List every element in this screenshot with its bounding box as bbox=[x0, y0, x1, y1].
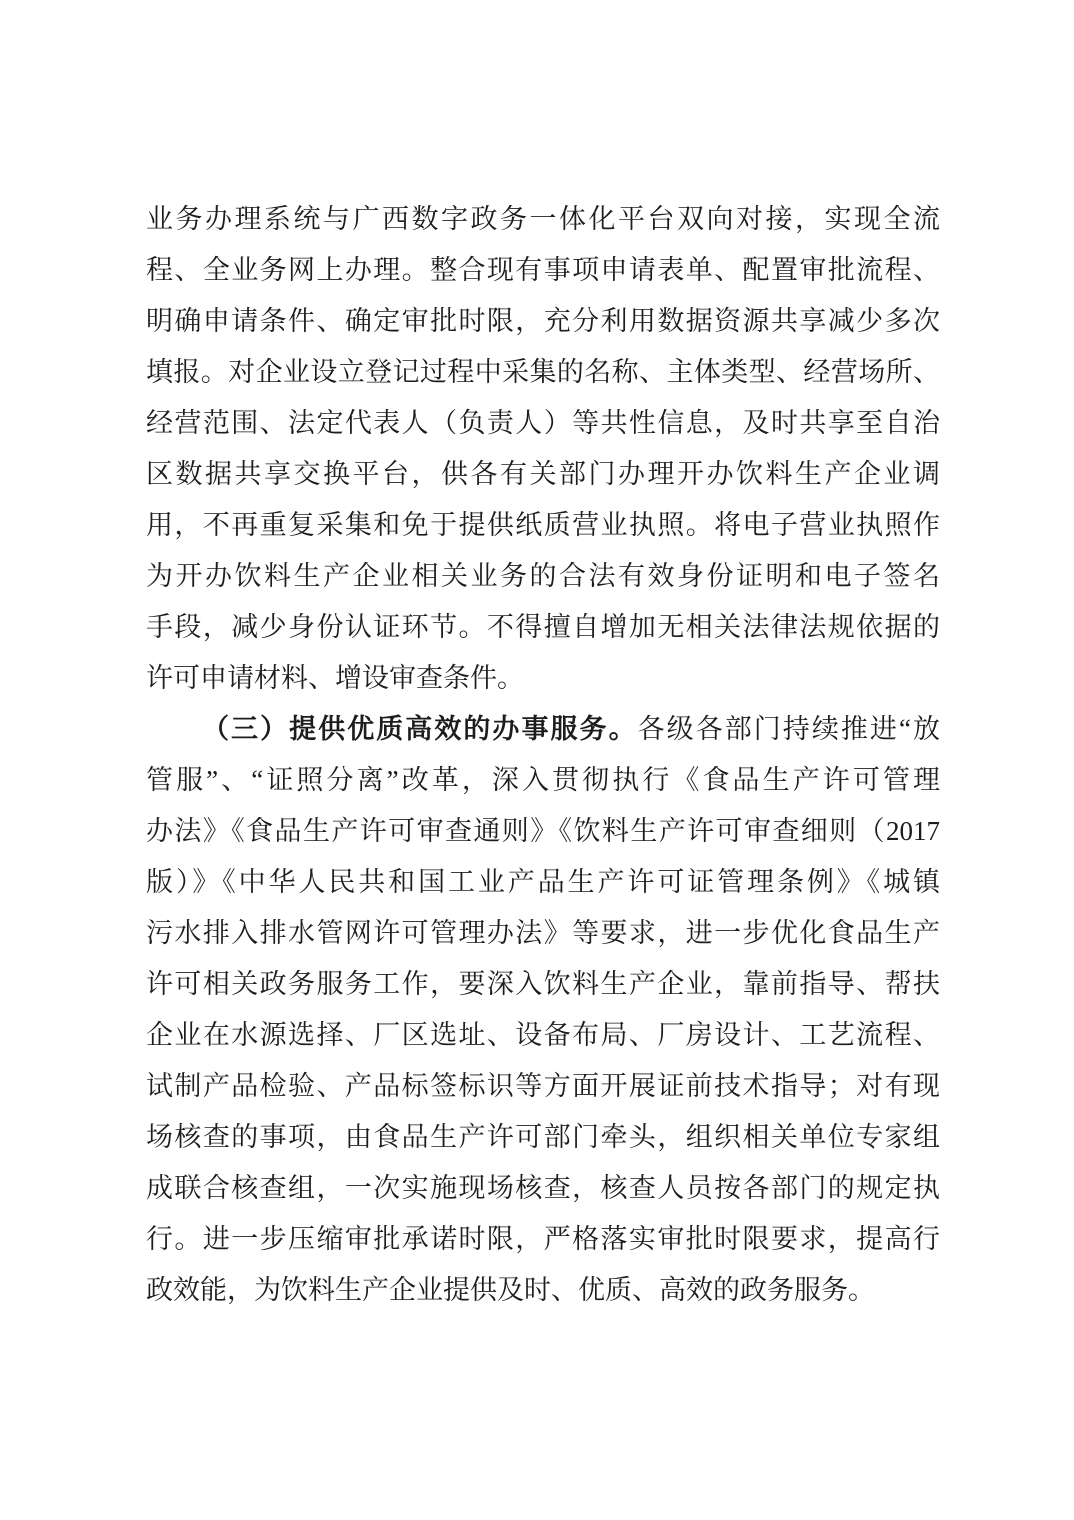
text-line: 为开办饮料生产企业相关业务的合法有效身份证明和电子签名 bbox=[146, 551, 940, 602]
line-text: 成联合核查组，一次实施现场核查，核查人员按各部门的规定执 bbox=[146, 1173, 940, 1203]
text-line: 填报。对企业设立登记过程中采集的名称、主体类型、经营场所、 bbox=[146, 347, 940, 398]
text-line: 成联合核查组，一次实施现场核查，核查人员按各部门的规定执 bbox=[146, 1163, 940, 1214]
line-text: 区数据共享交换平台，供各有关部门办理开办饮料生产企业调 bbox=[146, 459, 940, 489]
text-line: 业务办理系统与广西数字政务一体化平台双向对接，实现全流 bbox=[146, 194, 940, 245]
line-text: 许可申请材料、增设审查条件。 bbox=[146, 663, 524, 693]
text-line: 企业在水源选择、厂区选址、设备布局、厂房设计、工艺流程、 bbox=[146, 1010, 940, 1061]
line-text: 各级各部门持续推进“放 bbox=[638, 714, 940, 744]
text-line: （三）提供优质高效的办事服务。各级各部门持续推进“放 bbox=[146, 704, 940, 755]
text-line: 许可相关政务服务工作，要深入饮料生产企业，靠前指导、帮扶 bbox=[146, 959, 940, 1010]
text-line: 经营范围、法定代表人（负责人）等共性信息，及时共享至自治 bbox=[146, 398, 940, 449]
text-line: 程、全业务网上办理。整合现有事项申请表单、配置审批流程、 bbox=[146, 245, 940, 296]
line-text: 管服”、“证照分离”改革，深入贯彻执行《食品生产许可管理 bbox=[146, 765, 940, 795]
section-heading: （三）提供优质高效的办事服务。 bbox=[202, 714, 638, 744]
line-text: 污水排入排水管网许可管理办法》等要求，进一步优化食品生产 bbox=[146, 918, 940, 948]
line-text: 企业在水源选择、厂区选址、设备布局、厂房设计、工艺流程、 bbox=[146, 1020, 940, 1050]
line-text: 明确申请条件、确定审批时限，充分利用数据资源共享减少多次 bbox=[146, 306, 940, 336]
line-text: 为开办饮料生产企业相关业务的合法有效身份证明和电子签名 bbox=[146, 561, 940, 591]
document-page: 业务办理系统与广西数字政务一体化平台双向对接，实现全流程、全业务网上办理。整合现… bbox=[0, 0, 1074, 1520]
line-text: 政效能，为饮料生产企业提供及时、优质、高效的政务服务。 bbox=[146, 1275, 875, 1305]
line-text: 版）》《中华人民共和国工业产品生产许可证管理条例》《城镇 bbox=[146, 867, 940, 897]
line-text: 程、全业务网上办理。整合现有事项申请表单、配置审批流程、 bbox=[146, 255, 940, 285]
text-line: 明确申请条件、确定审批时限，充分利用数据资源共享减少多次 bbox=[146, 296, 940, 347]
text-line: 场核查的事项，由食品生产许可部门牵头，组织相关单位专家组 bbox=[146, 1112, 940, 1163]
line-text: 场核查的事项，由食品生产许可部门牵头，组织相关单位专家组 bbox=[146, 1122, 940, 1152]
text-line: 试制产品检验、产品标签标识等方面开展证前技术指导；对有现 bbox=[146, 1061, 940, 1112]
line-text: 用，不再重复采集和免于提供纸质营业执照。将电子营业执照作 bbox=[146, 510, 940, 540]
paragraph-continuation: 业务办理系统与广西数字政务一体化平台双向对接，实现全流程、全业务网上办理。整合现… bbox=[146, 194, 940, 704]
line-text: 行。进一步压缩审批承诺时限，严格落实审批时限要求，提高行 bbox=[146, 1224, 940, 1254]
text-line: 用，不再重复采集和免于提供纸质营业执照。将电子营业执照作 bbox=[146, 500, 940, 551]
line-text: 手段，减少身份认证环节。不得擅自增加无相关法律法规依据的 bbox=[146, 612, 940, 642]
line-text: 许可相关政务服务工作，要深入饮料生产企业，靠前指导、帮扶 bbox=[146, 969, 940, 999]
text-line: 管服”、“证照分离”改革，深入贯彻执行《食品生产许可管理 bbox=[146, 755, 940, 806]
text-line: 区数据共享交换平台，供各有关部门办理开办饮料生产企业调 bbox=[146, 449, 940, 500]
line-text: 业务办理系统与广西数字政务一体化平台双向对接，实现全流 bbox=[146, 204, 940, 234]
document-body: 业务办理系统与广西数字政务一体化平台双向对接，实现全流程、全业务网上办理。整合现… bbox=[146, 194, 940, 1316]
text-line: 版）》《中华人民共和国工业产品生产许可证管理条例》《城镇 bbox=[146, 857, 940, 908]
text-line: 污水排入排水管网许可管理办法》等要求，进一步优化食品生产 bbox=[146, 908, 940, 959]
text-line: 行。进一步压缩审批承诺时限，严格落实审批时限要求，提高行 bbox=[146, 1214, 940, 1265]
text-line: 手段，减少身份认证环节。不得擅自增加无相关法律法规依据的 bbox=[146, 602, 940, 653]
text-line: 办法》《食品生产许可审查通则》《饮料生产许可审查细则（2017 bbox=[146, 806, 940, 857]
text-line: 政效能，为饮料生产企业提供及时、优质、高效的政务服务。 bbox=[146, 1265, 940, 1316]
line-text: 办法》《食品生产许可审查通则》《饮料生产许可审查细则（2017 bbox=[146, 816, 940, 846]
text-line: 许可申请材料、增设审查条件。 bbox=[146, 653, 940, 704]
line-text: 填报。对企业设立登记过程中采集的名称、主体类型、经营场所、 bbox=[146, 357, 940, 387]
paragraph-section-three: （三）提供优质高效的办事服务。各级各部门持续推进“放管服”、“证照分离”改革，深… bbox=[146, 704, 940, 1316]
line-text: 试制产品检验、产品标签标识等方面开展证前技术指导；对有现 bbox=[146, 1071, 940, 1101]
line-text: 经营范围、法定代表人（负责人）等共性信息，及时共享至自治 bbox=[146, 408, 940, 438]
